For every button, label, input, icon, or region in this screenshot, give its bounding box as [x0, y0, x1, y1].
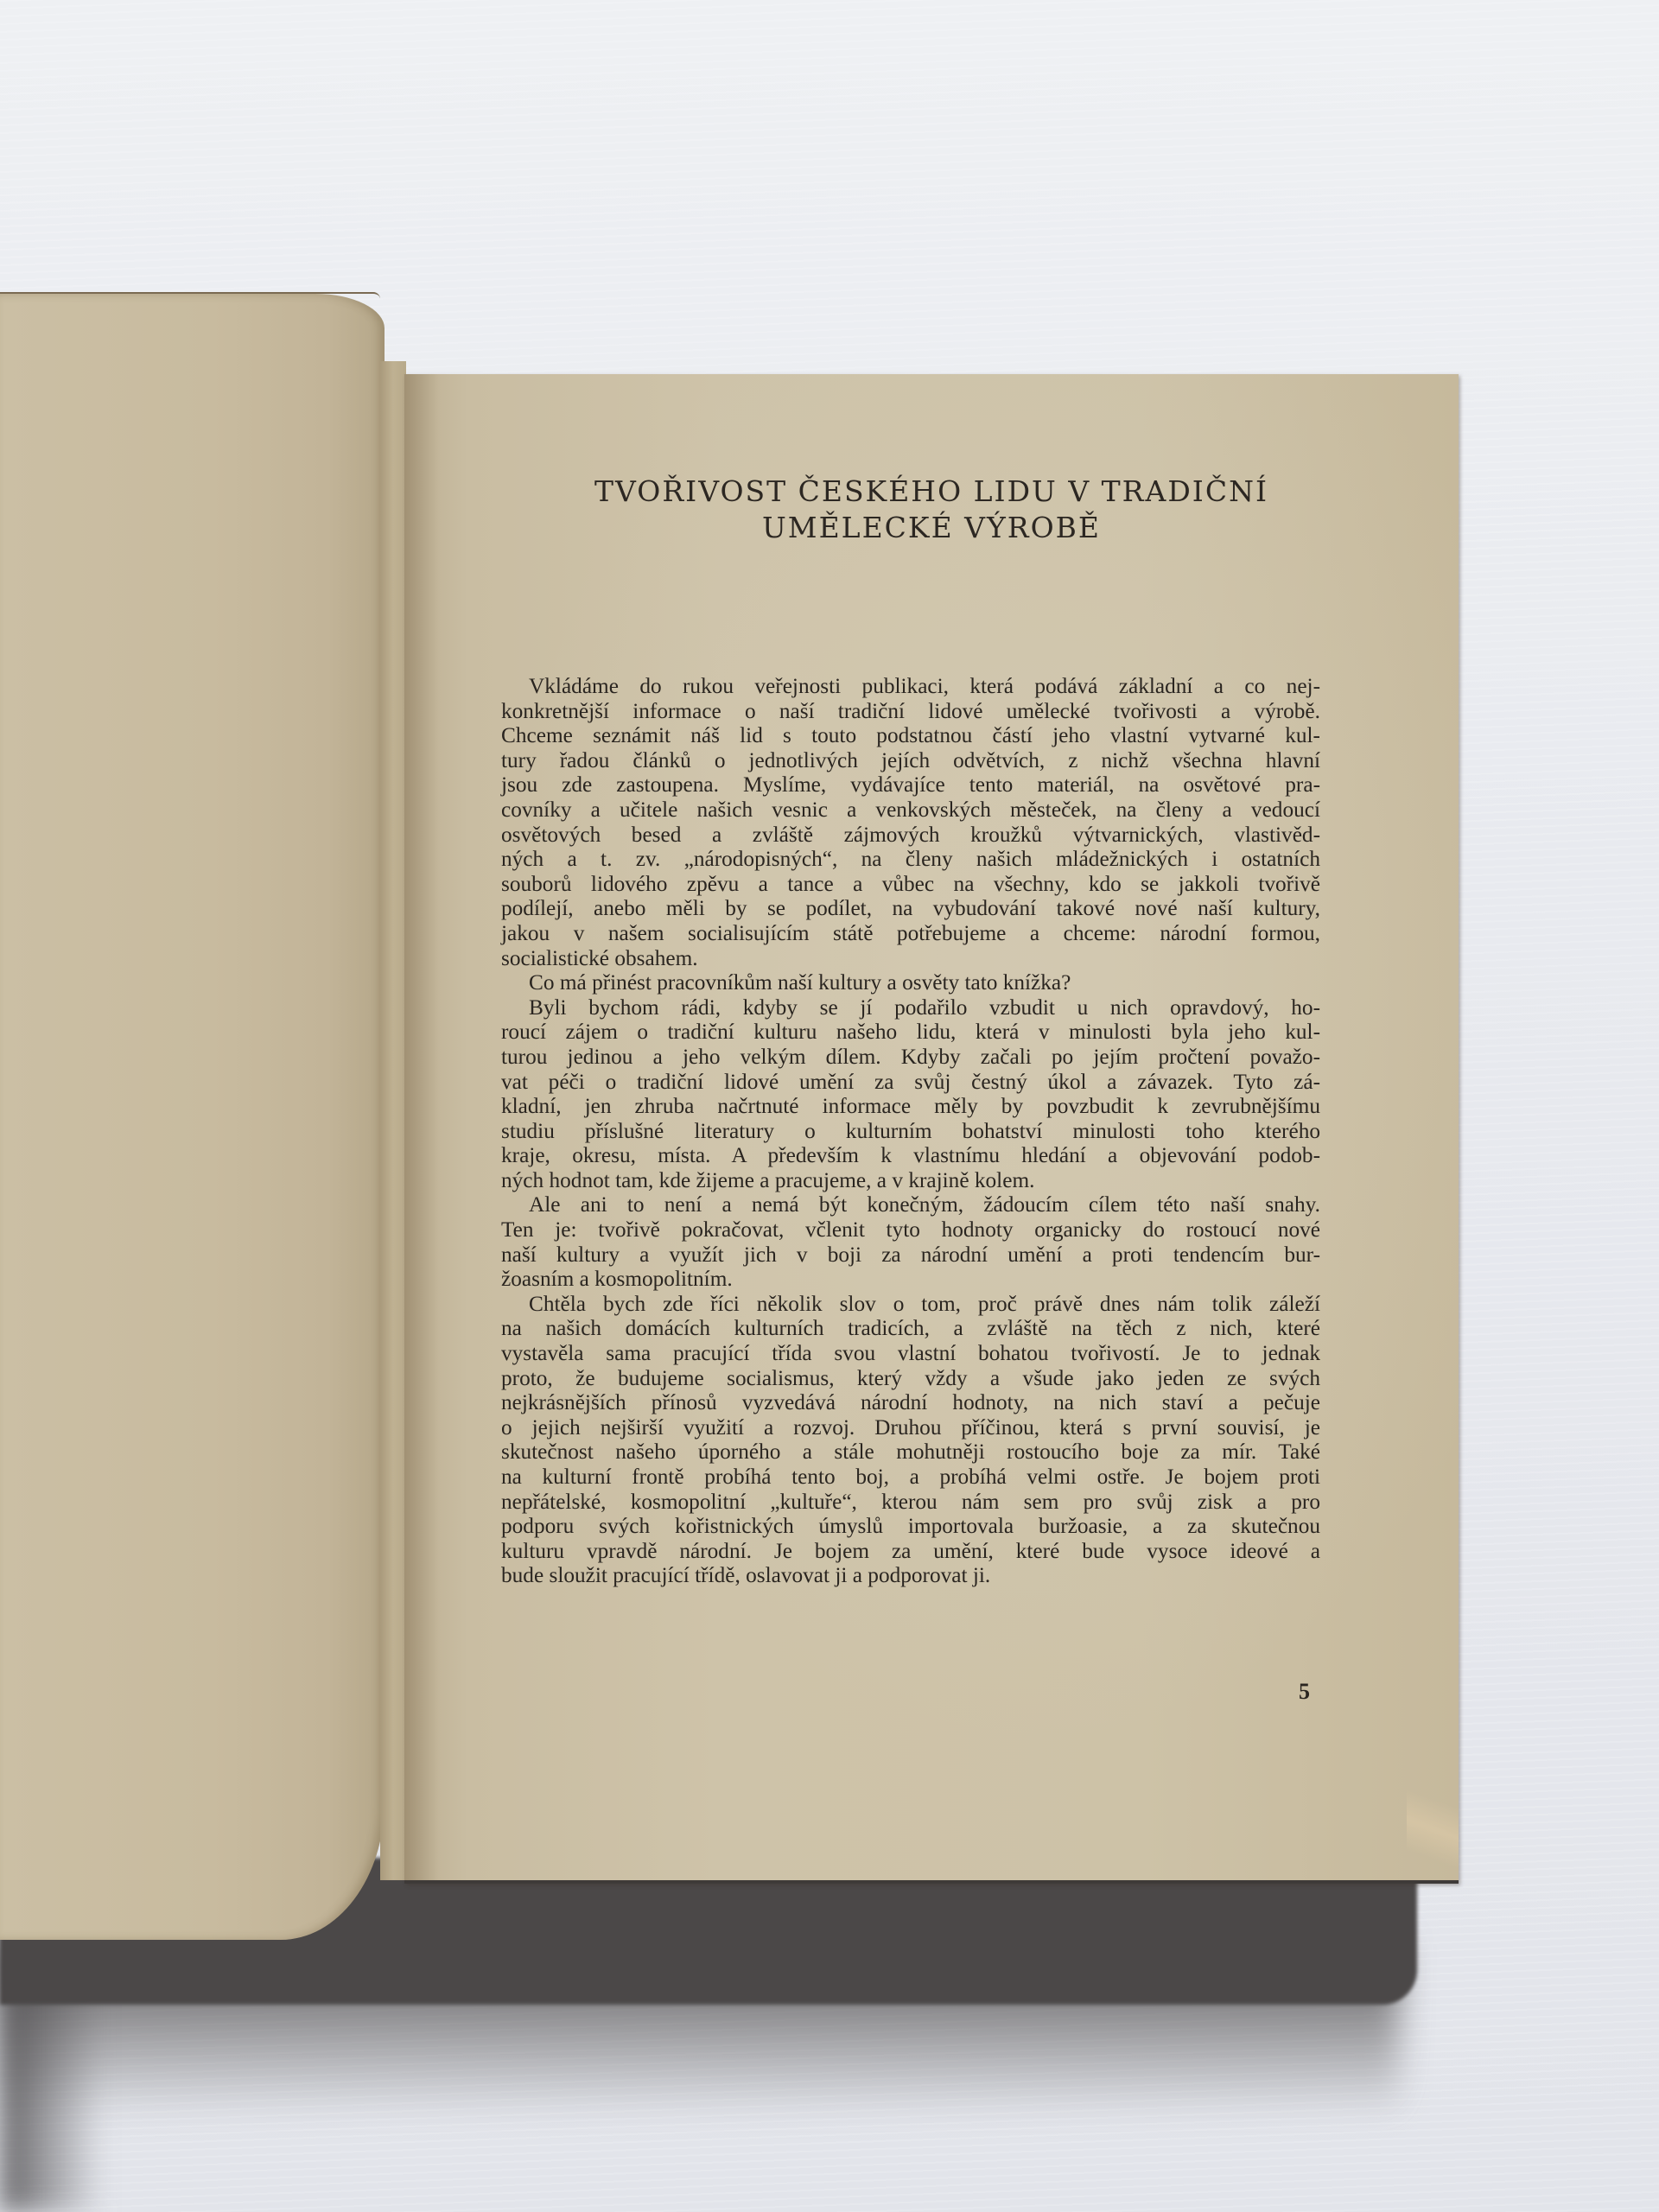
- page-number: 5: [1299, 1679, 1310, 1705]
- text-line: ných a t. zv. „národopisných“, na členy …: [501, 847, 1320, 872]
- text-line: konkretnější informace o naší tradiční l…: [501, 699, 1320, 724]
- text-line: na kulturní frontě probíhá tento boj, a …: [501, 1465, 1320, 1490]
- text-line: Ten je: tvořivě pokračovat, včlenit tyto…: [501, 1217, 1320, 1243]
- text-line: Vkládáme do rukou veřejnosti publikaci, …: [501, 674, 1320, 699]
- text-line: podporu svých kořistnických úmyslů impor…: [501, 1514, 1320, 1539]
- text-line: jsou zde zastoupena. Myslíme, vydávajíce…: [501, 772, 1320, 798]
- left-page-edge: [0, 292, 380, 299]
- paragraph: Ale ani to není a nemá být konečným, žád…: [501, 1192, 1320, 1291]
- text-line: o jejich nejširší využití a rozvoj. Druh…: [501, 1415, 1320, 1440]
- right-page: Tvořivost českého lidu v tradiční umělec…: [404, 374, 1459, 1884]
- text-line: na našich domácích kulturních tradicích,…: [501, 1316, 1320, 1341]
- text-line: nejkrásnějších přínosů vyzvedává národní…: [501, 1390, 1320, 1415]
- text-line: osvětových besed a zvláště zájmových kro…: [501, 823, 1320, 848]
- text-line: tury řadou článků o jednotlivých jejích …: [501, 748, 1320, 773]
- text-line: kladní, jen zhruba načrtnuté informace m…: [501, 1094, 1320, 1119]
- page-title-line-2: umělecké výrobě: [404, 510, 1459, 546]
- book-spine: [380, 361, 406, 1880]
- text-line: turou jedinou a jeho velkým dílem. Kdyby…: [501, 1045, 1320, 1070]
- text-line: souborů lidového zpěvu a tance a vůbec n…: [501, 872, 1320, 897]
- paragraph: Vkládáme do rukou veřejnosti publikaci, …: [501, 674, 1320, 970]
- text-line: nepřátelské, kosmopolitní „kultuře“, kte…: [501, 1490, 1320, 1515]
- text-line: kulturu vpravdě národní. Je bojem za umě…: [501, 1539, 1320, 1564]
- gutter-shade: [404, 374, 439, 1880]
- text-line: naší kultury a využít jich v boji za nár…: [501, 1243, 1320, 1268]
- text-line: vystavěla sama pracující třída svou vlas…: [501, 1341, 1320, 1366]
- text-line: Co má přinést pracovníkům naší kultury a…: [501, 970, 1320, 995]
- text-line: socialistické obsahem.: [501, 946, 1320, 971]
- text-line: jakou v našem socialisujícím státě potře…: [501, 921, 1320, 946]
- text-line: kraje, okresu, místa. A především k vlas…: [501, 1143, 1320, 1168]
- text-line: podílejí, anebo měli by se podílet, na v…: [501, 896, 1320, 921]
- corner-fold: [1407, 1748, 1459, 1880]
- paragraph: Co má přinést pracovníkům naší kultury a…: [501, 970, 1320, 995]
- text-line: covníky a učitele našich vesnic a venkov…: [501, 798, 1320, 823]
- body-text: Vkládáme do rukou veřejnosti publikaci, …: [501, 674, 1320, 1588]
- text-line: roucí zájem o tradiční kulturu našeho li…: [501, 1020, 1320, 1045]
- text-line: Byli bychom rádi, kdyby se jí podařilo v…: [501, 995, 1320, 1020]
- text-line: Chtěla bych zde říci několik slov o tom,…: [501, 1292, 1320, 1317]
- text-line: vat péči o tradiční lidové umění za svůj…: [501, 1070, 1320, 1095]
- page-title: Tvořivost českého lidu v tradiční umělec…: [404, 474, 1459, 546]
- text-line: Ale ani to není a nemá být konečným, žád…: [501, 1192, 1320, 1217]
- text-line: Chceme seznámit náš lid s touto podstatn…: [501, 723, 1320, 748]
- paragraph: Byli bychom rádi, kdyby se jí podařilo v…: [501, 995, 1320, 1193]
- page-title-line-1: Tvořivost českého lidu v tradiční: [404, 474, 1459, 510]
- text-line: bude sloužit pracující třídě, oslavovat …: [501, 1563, 1320, 1588]
- text-line: žoasním a kosmopolitním.: [501, 1267, 1320, 1292]
- paragraph: Chtěla bych zde říci několik slov o tom,…: [501, 1292, 1320, 1588]
- text-line: studiu příslušné literatury o kulturním …: [501, 1119, 1320, 1144]
- text-line: skutečnost našeho úporného a stále mohut…: [501, 1440, 1320, 1465]
- text-line: proto, že budujeme socialismus, který vž…: [501, 1366, 1320, 1391]
- text-line: ných hodnot tam, kde žijeme a pracujeme,…: [501, 1168, 1320, 1193]
- left-page: [0, 294, 385, 1940]
